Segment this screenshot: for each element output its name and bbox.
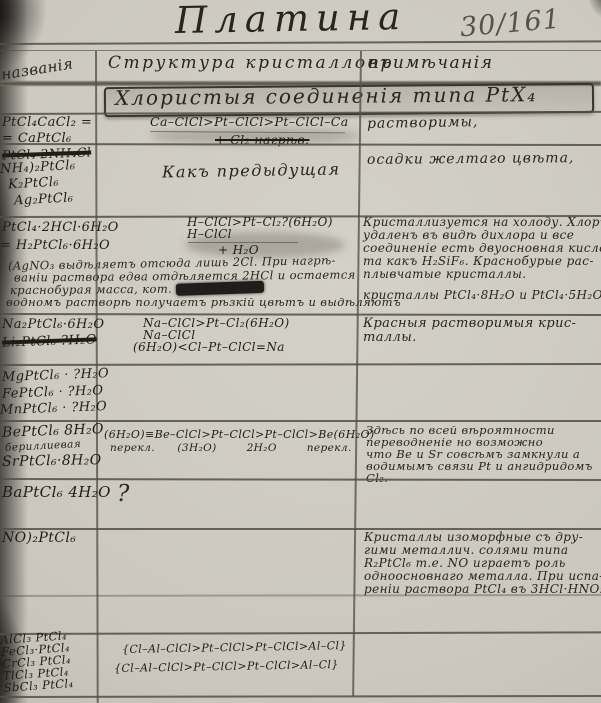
row2-note: осадки желтаго цвѣта, xyxy=(367,151,574,167)
row8-name-line: NO)₂PtCl₆ xyxy=(2,531,76,546)
row3-note-line: соединеніе есть двуосновная кисло- xyxy=(363,242,601,255)
row4-name-crossed-out: Li₂PtCl₆ ?H₂O xyxy=(2,333,97,350)
row6-structure-formula: (6H₂O)≡Be–ClCl>Pt–ClCl>Pt–ClCl>Be(6H₂O) xyxy=(104,429,375,441)
manuscript-page: Платина 30/161 названія Структура криста… xyxy=(0,0,601,703)
column-header-notes: примѣчанія xyxy=(368,55,493,73)
row3-note-line: плывчатые кристаллы. xyxy=(363,268,527,281)
row7-structure-question-mark: ? xyxy=(117,482,130,506)
row3-text-line: ваніи раствора едва отдѣляется 2HCl и ос… xyxy=(14,269,356,284)
row-rule xyxy=(0,363,601,366)
row3-note-line: удаленъ въ видѣ дихлора и все xyxy=(363,229,574,242)
row1-note: растворимы, xyxy=(367,115,479,132)
top-rule xyxy=(0,40,601,45)
corner-shadow-top-right xyxy=(588,0,601,18)
row3-name-line: = H₂PtCl₆·6H₂O xyxy=(0,239,110,253)
row9-name-line: SbCl₃ PtCl₄ xyxy=(3,677,74,694)
row3-note-line: Кристаллизуется на холоду. Хлоръ xyxy=(363,216,601,229)
row3-blacked-out-word: растворима xyxy=(176,281,265,296)
row9-structure-formula: {Cl–Al–ClCl>Pt–ClCl>Pt–ClCl>Al–Cl} xyxy=(114,659,339,674)
column-divider-2 xyxy=(352,51,361,696)
section-title: Хлористыя соединенія типа PtX₄ xyxy=(115,84,537,109)
row9-structure-formula: {Cl–Al–ClCl>Pt–ClCl>Pt–ClCl>Al–Cl} xyxy=(122,640,347,655)
row8-note-line: Кристаллы изоморфные съ дру- xyxy=(364,531,583,544)
row8-note-line: гими металлич. солями типа xyxy=(364,544,568,557)
column-header-names: названія xyxy=(0,56,74,83)
row3-structure-formula: H–ClCl xyxy=(187,228,232,241)
row3-name-line: PtCl₄·2HCl·6H₂O xyxy=(2,221,119,235)
row9-name-block: AlCl₃ PtCl₄ FeCl₃·PtCl₄ CrCl₃ PtCl₄ TlCl… xyxy=(0,629,74,694)
row2-name-line: Ag₂PtCl₆ xyxy=(14,191,74,208)
row3-text-line: водномъ растворѣ получаетъ рѣзкій цвѣтъ … xyxy=(6,296,401,308)
row1-structure-formula: Ca–ClCl>Pt–ClCl>Pt–ClCl–Ca xyxy=(150,115,349,128)
top-rule-2 xyxy=(0,50,601,51)
row3-note-line: та какъ H₂SiF₆. Краснобурые рас- xyxy=(363,255,594,268)
row5-name-line: MnPtCl₆ · ?H₂O xyxy=(0,400,107,417)
book-gutter-shadow xyxy=(0,0,28,703)
page-title: Платина xyxy=(175,0,408,41)
row-rule xyxy=(0,631,601,634)
row5-name-line: MgPtCl₆ · ?H₂O xyxy=(2,367,110,384)
row4-note-line: таллы. xyxy=(363,331,417,345)
row7-name-line: BaPtCl₆ 4H₂O xyxy=(2,485,111,501)
row6-name-line: BePtCl₆ 8H₂O xyxy=(2,422,104,440)
row4-note-line: Красныя растворимыя крис- xyxy=(363,317,576,331)
bottom-rule xyxy=(0,695,601,698)
row6-name-line: SrPtCl₆·8H₂O xyxy=(2,453,102,469)
row6-note-line: водимымъ связи Pt и ангидридомъ xyxy=(366,460,593,472)
column-header-structure: Структура кристалловъ xyxy=(108,55,394,73)
row2-name-line: K₂PtCl₆ xyxy=(8,176,60,192)
page-number: 30/161 xyxy=(459,6,562,43)
row2-name-line: NH₄)₂PtCl₆ xyxy=(0,159,76,177)
row2-structure-note: Какъ предыдущая xyxy=(162,161,341,181)
row-rule xyxy=(0,478,601,481)
row8-note-line: R₂PtCl₆ т.е. NO играетъ роль xyxy=(364,557,566,570)
row4-name-line: Na₂PtCl₆·6H₂O xyxy=(2,318,104,332)
row3-note-line: кристаллы PtCl₄·8H₂O и PtCl₄·5H₂O – xyxy=(363,289,601,302)
row4-structure-formula: (6H₂O)<Cl–Pt–ClCl=Na xyxy=(133,341,285,354)
row1-name-line: PtCl₄CaCl₂ = xyxy=(2,116,92,130)
row-rule-faint xyxy=(0,594,601,597)
row8-note-line: одноосновнаго металла. При испа- xyxy=(364,570,601,583)
row6-structure-formula: перекл. (3H₂O) 2H₂O перекл. xyxy=(110,443,352,454)
